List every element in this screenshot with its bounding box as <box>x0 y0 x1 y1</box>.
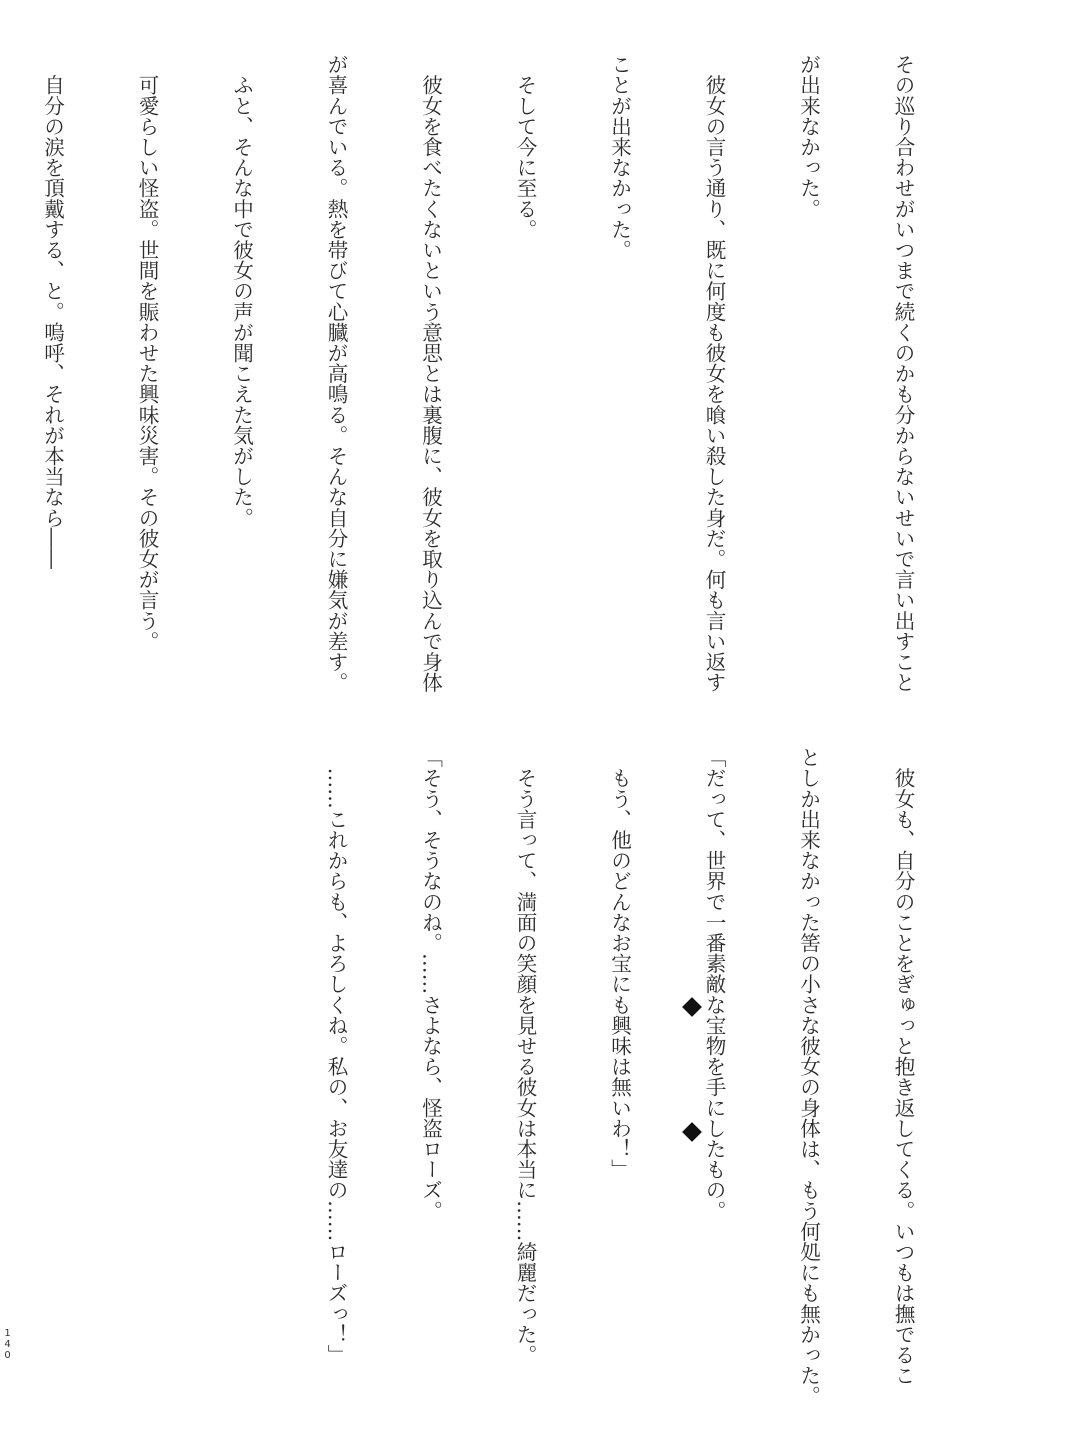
text-column: ことが出来なかった。 <box>603 54 635 704</box>
dialogue-column: 「そう、そうなのね。……さよなら、怪盗ローズ。 <box>414 747 446 1397</box>
text-column: 可愛らしい怪盗。世間を賑わせた興味災害。その彼女が言う。 <box>131 54 163 704</box>
text-column: としか出来なかった筈の小さな彼女の身体は、もう何処にも無かった。 <box>792 747 824 1397</box>
text-column: その巡り合わせがいつまで続くのかも分からないせいで言い出すこと <box>887 54 919 704</box>
text-column: が喜んでいる。熱を帯びて心臓が高鳴る。そんな自分に嫌気が差す。 <box>320 54 352 704</box>
dialogue-column: 「だって、世界で一番素敵な宝物を手にしたもの。 <box>698 747 730 1397</box>
bottom-text-block: 彼女も、自分のことをぎゅっと抱き返してくる。いつもは撫でるこ としか出来なかった… <box>0 747 981 1397</box>
dialogue-column: もう、他のどんなお宝にも興味は無いわ！」 <box>603 747 635 1397</box>
page-number: 140 <box>2 1328 12 1361</box>
text-column: 彼女の言う通り、既に何度も彼女を喰い殺した身だ。何も言い返す <box>698 54 730 704</box>
text-column: ふと、そんな中で彼女の声が聞こえた気がした。 <box>225 54 257 704</box>
book-page: その巡り合わせがいつまで続くのかも分からないせいで言い出すこと が出来なかった。… <box>0 0 1080 1434</box>
blank-column <box>36 747 68 1397</box>
text-column: 自分の涙を頂戴する、と。嗚呼、それが本当なら―― <box>36 54 68 704</box>
blank-column <box>131 747 163 1397</box>
text-column: 彼女を食べたくないという意思とは裏腹に、彼女を取り込んで身体 <box>414 54 446 704</box>
text-column: そう言って、満面の笑顔を見せる彼女は本当に……綺麗だった。 <box>509 747 541 1397</box>
text-column: 彼女も、自分のことをぎゅっと抱き返してくる。いつもは撫でるこ <box>887 747 919 1397</box>
dialogue-column: ……これからも、よろしくね。私の、お友達の……ローズっ！」 <box>320 747 352 1397</box>
text-column: が出来なかった。 <box>792 54 824 704</box>
blank-column <box>225 747 257 1397</box>
top-text-block: その巡り合わせがいつまで続くのかも分からないせいで言い出すこと が出来なかった。… <box>0 54 981 704</box>
text-column: そして今に至る。 <box>509 54 541 704</box>
